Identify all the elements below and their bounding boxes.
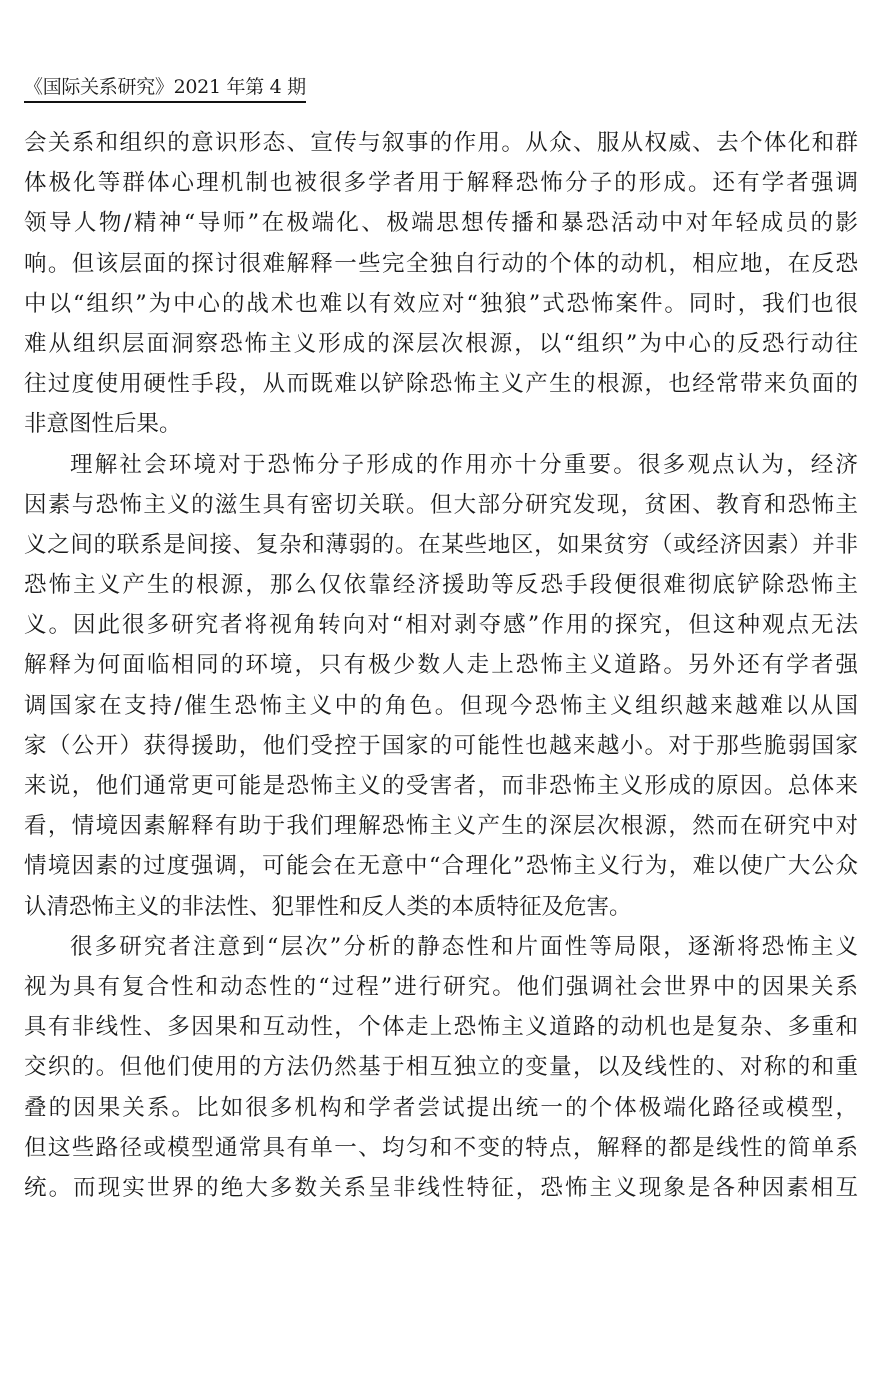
text-line: 但这些路径或模型通常具有单一、均匀和不变的特点，解释的都是线性的简单系 — [24, 1128, 858, 1168]
text-line: 统。而现实世界的绝大多数关系呈非线性特征，恐怖主义现象是各种因素相互 — [24, 1168, 858, 1208]
paragraph: 会关系和组织的意识形态、宣传与叙事的作用。从众、服从权威、去个体化和群 体极化等… — [24, 123, 858, 445]
text-line: 领导人物/精神“导师”在极端化、极端思想传播和暴恐活动中对年轻成员的影 — [24, 203, 858, 243]
article-body: 会关系和组织的意识形态、宣传与叙事的作用。从众、服从权威、去个体化和群 体极化等… — [24, 123, 858, 1208]
text-line: 具有非线性、多因果和互动性，个体走上恐怖主义道路的动机也是复杂、多重和 — [24, 1007, 858, 1047]
text-line: 往过度使用硬性手段，从而既难以铲除恐怖主义产生的根源，也经常带来负面的 — [24, 364, 858, 404]
text-line: 视为具有复合性和动态性的“过程”进行研究。他们强调社会世界中的因果关系 — [24, 967, 858, 1007]
text-line: 义。因此很多研究者将视角转向对“相对剥夺感”作用的探究，但这种观点无法 — [24, 605, 858, 645]
text-line: 义之间的联系是间接、复杂和薄弱的。在某些地区，如果贫穷（或经济因素）并非 — [24, 525, 858, 565]
text-line: 理解社会环境对于恐怖分子形成的作用亦十分重要。很多观点认为，经济 — [24, 445, 858, 485]
text-line: 很多研究者注意到“层次”分析的静态性和片面性等局限，逐渐将恐怖主义 — [24, 927, 858, 967]
text-line: 响。但该层面的探讨很难解释一些完全独自行动的个体的动机，相应地，在反恐 — [24, 244, 858, 284]
text-line: 非意图性后果。 — [24, 404, 858, 444]
journal-header: 《国际关系研究》2021 年第 4 期 — [24, 76, 306, 103]
paragraph: 很多研究者注意到“层次”分析的静态性和片面性等局限，逐渐将恐怖主义 视为具有复合… — [24, 927, 858, 1208]
text-line: 来说，他们通常更可能是恐怖主义的受害者，而非恐怖主义形成的原因。总体来 — [24, 766, 858, 806]
text-line: 恐怖主义产生的根源，那么仅依靠经济援助等反恐手段便很难彻底铲除恐怖主 — [24, 565, 858, 605]
text-line: 体极化等群体心理机制也被很多学者用于解释恐怖分子的形成。还有学者强调 — [24, 163, 858, 203]
text-line: 交织的。但他们使用的方法仍然基于相互独立的变量，以及线性的、对称的和重 — [24, 1047, 858, 1087]
text-line: 中以“组织”为中心的战术也难以有效应对“独狼”式恐怖案件。同时，我们也很 — [24, 284, 858, 324]
text-line: 叠的因果关系。比如很多机构和学者尝试提出统一的个体极端化路径或模型， — [24, 1088, 858, 1128]
text-line: 认清恐怖主义的非法性、犯罪性和反人类的本质特征及危害。 — [24, 887, 858, 927]
text-line: 调国家在支持/催生恐怖主义中的角色。但现今恐怖主义组织越来越难以从国 — [24, 686, 858, 726]
text-line: 因素与恐怖主义的滋生具有密切关联。但大部分研究发现，贫困、教育和恐怖主 — [24, 485, 858, 525]
text-line: 解释为何面临相同的环境，只有极少数人走上恐怖主义道路。另外还有学者强 — [24, 645, 858, 685]
text-line: 情境因素的过度强调，可能会在无意中“合理化”恐怖主义行为，难以使广大公众 — [24, 846, 858, 886]
paragraph: 理解社会环境对于恐怖分子形成的作用亦十分重要。很多观点认为，经济 因素与恐怖主义… — [24, 445, 858, 927]
text-line: 会关系和组织的意识形态、宣传与叙事的作用。从众、服从权威、去个体化和群 — [24, 123, 858, 163]
text-line: 看，情境因素解释有助于我们理解恐怖主义产生的深层次根源，然而在研究中对 — [24, 806, 858, 846]
text-line: 难从组织层面洞察恐怖主义形成的深层次根源，以“组织”为中心的反恐行动往 — [24, 324, 858, 364]
text-line: 家（公开）获得援助，他们受控于国家的可能性也越来越小。对于那些脆弱国家 — [24, 726, 858, 766]
